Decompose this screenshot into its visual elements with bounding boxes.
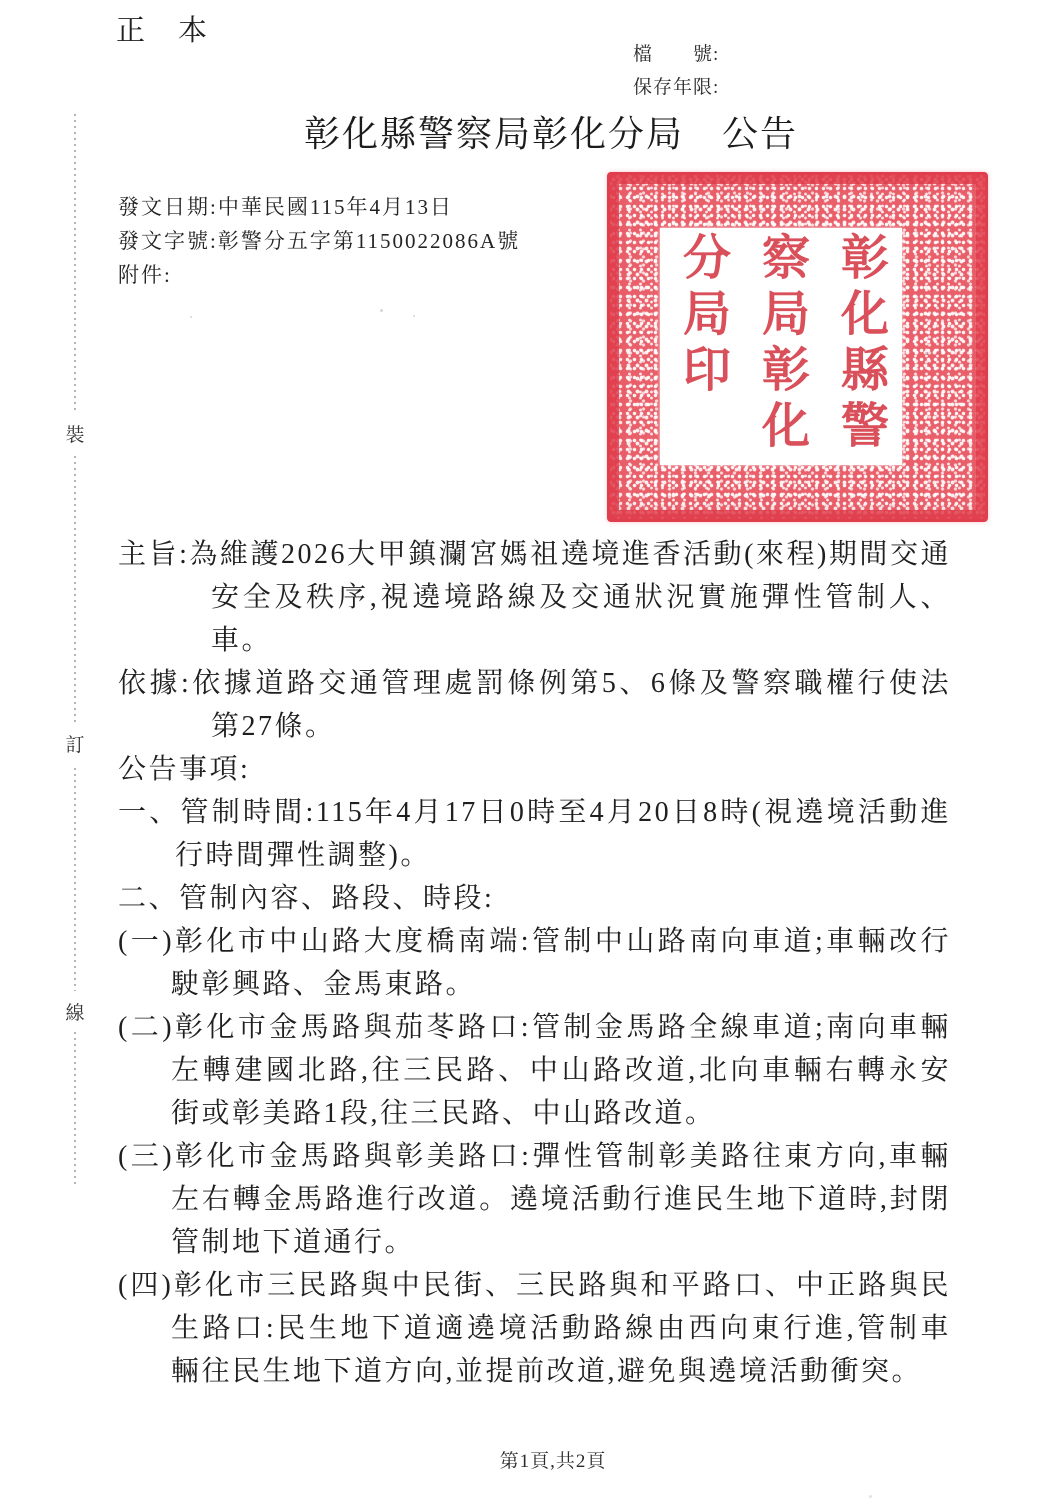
- sub-item-1-text: 彰化市中山路大度橋南端:管制中山路南向車道;車輛改行駛彰興路、金馬東路。: [171, 926, 951, 1000]
- item-2-text: 管制內容、路段、時段:: [179, 883, 494, 914]
- item-2: 二、管制內容、路段、時段:: [118, 877, 951, 920]
- binding-mark-ding: 訂: [64, 723, 86, 764]
- page-number: 第1頁,共2頁: [500, 1446, 607, 1473]
- document-page: 正 本 檔 號: 保存年限: 彰化縣警察局彰化分局 公告 發文日期:中華民國11…: [0, 0, 1042, 1507]
- issue-date: 發文日期:中華民國115年4月13日: [118, 190, 520, 224]
- retention-period-label: 保存年限:: [633, 71, 719, 104]
- sub-item-1: (一)彰化市中山路大度橋南端:管制中山路南向車道;車輛改行駛彰興路、金馬東路。: [118, 920, 951, 1006]
- item-1-marker: 一、: [118, 797, 181, 828]
- sub-item-2: (二)彰化市金馬路與茄苳路口:管制金馬路全線車道;南向車輛左轉建國北路,往三民路…: [118, 1006, 951, 1135]
- sub-item-3: (三)彰化市金馬路與彰美路口:彈性管制彰美路往東方向,車輛左右轉金馬路進行改道。…: [118, 1135, 951, 1264]
- items-heading: 公告事項:: [118, 748, 951, 791]
- sub-item-3-text: 彰化市金馬路與彰美路口:彈性管制彰美路往東方向,車輛左右轉金馬路進行改道。遶境活…: [171, 1141, 951, 1258]
- file-number-label: 檔 號:: [633, 38, 719, 71]
- sub-item-4-marker: (四): [118, 1270, 173, 1301]
- copy-mark: 正 本: [116, 8, 209, 49]
- scan-speck: [190, 316, 192, 318]
- scan-speck: [959, 320, 963, 323]
- sub-item-4: (四)彰化市三民路與中民街、三民路與和平路口、中正路與民生路口:民生地下道適遶境…: [118, 1264, 951, 1393]
- scan-speck: [869, 1495, 872, 1498]
- subject-label: 主旨:: [118, 539, 189, 570]
- item-1-text: 管制時間:115年4月17日0時至4月20日8時(視遶境活動進行時間彈性調整)。: [175, 797, 951, 871]
- subject-text: 為維護2026大甲鎮瀾宮媽祖遶境進香活動(來程)期間交通安全及秩序,視遶境路線及…: [189, 539, 951, 656]
- sub-item-2-marker: (二): [118, 1012, 174, 1043]
- subject-paragraph: 主旨:為維護2026大甲鎮瀾宮媽祖遶境進香活動(來程)期間交通安全及秩序,視遶境…: [118, 533, 951, 662]
- basis-label: 依據:: [118, 668, 191, 699]
- item-2-marker: 二、: [118, 883, 179, 914]
- file-labels: 檔 號: 保存年限:: [633, 38, 719, 104]
- binding-mark-xian: 線: [64, 991, 86, 1032]
- announcement-body: 主旨:為維護2026大甲鎮瀾宮媽祖遶境進香活動(來程)期間交通安全及秩序,視遶境…: [118, 533, 951, 1393]
- seal-inner-panel: 彰化縣警察局彰化分局印: [660, 228, 902, 465]
- official-red-seal: 彰化縣警察局彰化分局印: [607, 172, 988, 522]
- basis-paragraph: 依據:依據道路交通管理處罰條例第5、6條及警察職權行使法第27條。: [118, 662, 951, 748]
- sub-item-3-marker: (三): [118, 1141, 174, 1172]
- sub-item-2-text: 彰化市金馬路與茄苳路口:管制金馬路全線車道;南向車輛左轉建國北路,往三民路、中山…: [171, 1012, 951, 1129]
- binding-mark-zhuang: 裝: [64, 413, 86, 454]
- sub-item-1-marker: (一): [118, 926, 174, 957]
- basis-text: 依據道路交通管理處罰條例第5、6條及警察職權行使法第27條。: [191, 668, 951, 742]
- item-1: 一、管制時間:115年4月17日0時至4月20日8時(視遶境活動進行時間彈性調整…: [118, 791, 951, 877]
- scan-speck: [380, 309, 383, 312]
- sub-item-4-text: 彰化市三民路與中民街、三民路與和平路口、中正路與民生路口:民生地下道適遶境活動路…: [171, 1270, 951, 1387]
- scan-speck: [413, 315, 415, 317]
- seal-text: 彰化縣警察局彰化分局印: [663, 232, 900, 462]
- document-title: 彰化縣警察局彰化分局 公告: [304, 106, 798, 157]
- doc-info-block: 發文日期:中華民國115年4月13日 發文字號:彰警分五字第1150022086…: [118, 190, 520, 292]
- attachment-label: 附件:: [118, 258, 520, 292]
- scan-speck: [925, 352, 928, 355]
- doc-number: 發文字號:彰警分五字第1150022086A號: [118, 224, 520, 258]
